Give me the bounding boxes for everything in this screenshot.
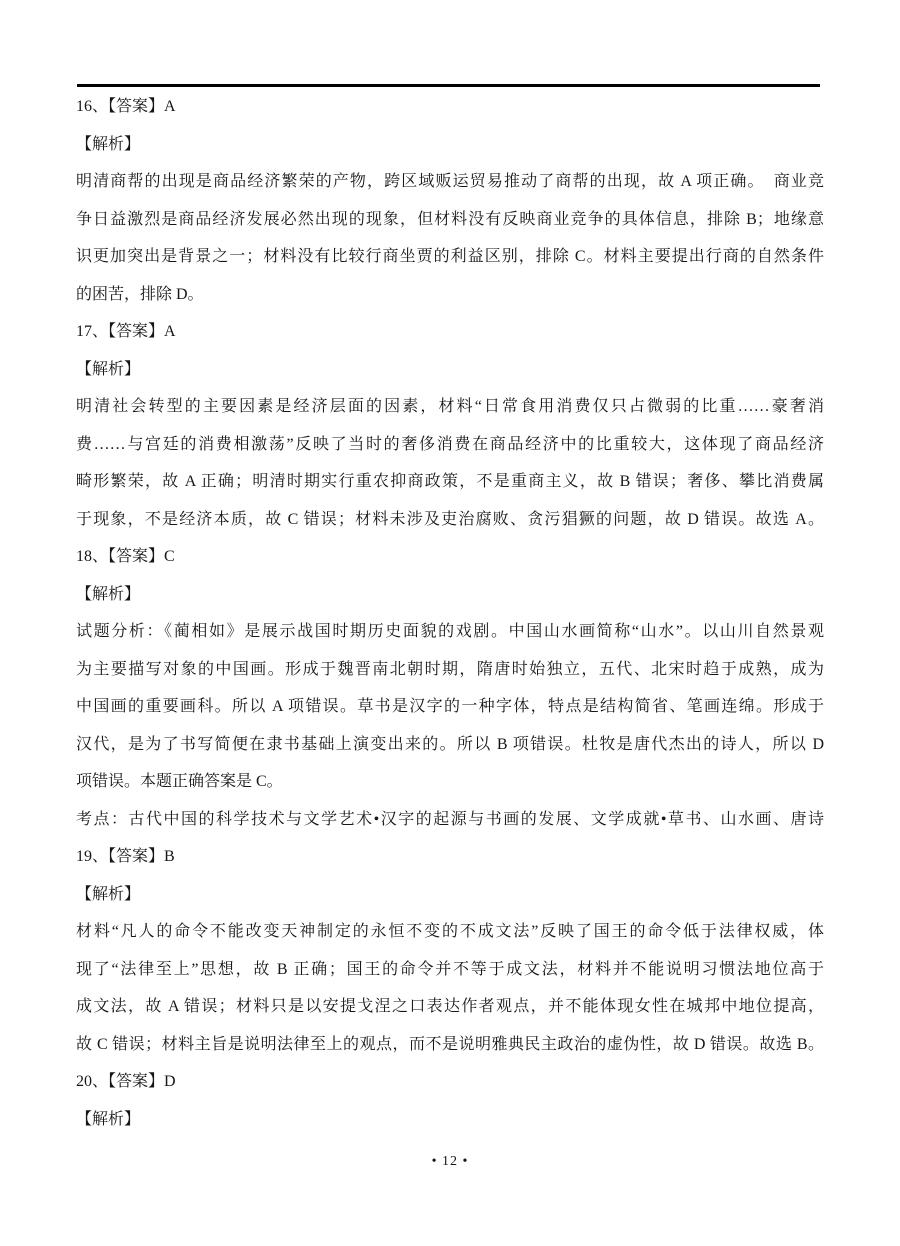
- analysis-line: 为主要描写对象的中国画。形成于魏晋南北朝时期，隋唐时始独立，五代、北宋时趋于成熟…: [76, 651, 824, 689]
- answer-heading: 19、【答案】B: [76, 838, 824, 876]
- answer-heading: 16、【答案】A: [76, 88, 824, 126]
- document-page: 16、【答案】A【解析】明清商帮的出现是商品经济繁荣的产物，跨区域贩运贸易推动了…: [0, 0, 900, 1246]
- analysis-line: 明清社会转型的主要因素是经济层面的因素，材料“日常食用消费仅只占微弱的比重……豪…: [76, 388, 824, 426]
- analysis-line: 汉代，是为了书写简便在隶书基础上演变出来的。所以 B 项错误。杜牧是唐代杰出的诗…: [76, 726, 824, 764]
- analysis-label: 【解析】: [76, 1101, 824, 1139]
- analysis-line: 费……与宫廷的消费相激荡”反映了当时的奢侈消费在商品经济中的比重较大，这体现了商…: [76, 426, 824, 464]
- analysis-line: 识更加突出是背景之一；材料没有比较行商坐贾的利益区别，排除 C。材料主要提出行商…: [76, 238, 824, 276]
- answer-key-content: 16、【答案】A【解析】明清商帮的出现是商品经济繁荣的产物，跨区域贩运贸易推动了…: [76, 88, 824, 1138]
- answer-heading: 17、【答案】A: [76, 313, 824, 351]
- page-header-rule: [77, 84, 820, 87]
- analysis-label: 【解析】: [76, 576, 824, 614]
- question-section-16: 16、【答案】A【解析】明清商帮的出现是商品经济繁荣的产物，跨区域贩运贸易推动了…: [76, 88, 824, 313]
- question-section-18: 18、【答案】C【解析】试题分析：《蔺相如》是展示战国时期历史面貌的戏剧。中国山…: [76, 538, 824, 838]
- answer-heading: 18、【答案】C: [76, 538, 824, 576]
- analysis-line: 材料“凡人的命令不能改变天神制定的永恒不变的不成文法”反映了国王的命令低于法律权…: [76, 913, 824, 951]
- analysis-label: 【解析】: [76, 876, 824, 914]
- analysis-line: 项错误。本题正确答案是 C。: [76, 763, 824, 801]
- question-section-19: 19、【答案】B【解析】材料“凡人的命令不能改变天神制定的永恒不变的不成文法”反…: [76, 838, 824, 1063]
- analysis-line: 明清商帮的出现是商品经济繁荣的产物，跨区域贩运贸易推动了商帮的出现，故 A 项正…: [76, 163, 824, 201]
- analysis-line: 现了“法律至上”思想，故 B 正确；国王的命令并不等于成文法，材料并不能说明习惯…: [76, 951, 824, 989]
- analysis-line: 中国画的重要画科。所以 A 项错误。草书是汉字的一种字体，特点是结构简省、笔画连…: [76, 688, 824, 726]
- answer-heading: 20、【答案】D: [76, 1063, 824, 1101]
- analysis-line: 争日益激烈是商品经济发展必然出现的现象，但材料没有反映商业竞争的具体信息，排除 …: [76, 201, 824, 239]
- question-section-17: 17、【答案】A【解析】明清社会转型的主要因素是经济层面的因素，材料“日常食用消…: [76, 313, 824, 538]
- analysis-line: 畸形繁荣，故 A 正确；明清时期实行重农抑商政策，不是重商主义，故 B 错误；奢…: [76, 463, 824, 501]
- analysis-line: 故 C 错误；材料主旨是说明法律至上的观点，而不是说明雅典民主政治的虚伪性，故 …: [76, 1026, 824, 1064]
- page-number: • 12 •: [432, 1154, 469, 1169]
- analysis-line: 的困苦，排除 D。: [76, 276, 824, 314]
- question-section-20: 20、【答案】D【解析】: [76, 1063, 824, 1138]
- page-footer: • 12 •: [0, 1154, 900, 1170]
- analysis-line: 于现象，不是经济本质，故 C 错误；材料未涉及吏治腐败、贪污猖獗的问题，故 D …: [76, 501, 824, 539]
- exam-point-line: 考点：古代中国的科学技术与文学艺术•汉字的起源与书画的发展、文学成就•草书、山水…: [76, 801, 824, 839]
- analysis-line: 试题分析：《蔺相如》是展示战国时期历史面貌的戏剧。中国山水画简称“山水”。以山川…: [76, 613, 824, 651]
- analysis-label: 【解析】: [76, 126, 824, 164]
- analysis-label: 【解析】: [76, 351, 824, 389]
- analysis-line: 成文法，故 A 错误；材料只是以安提戈涅之口表达作者观点，并不能体现女性在城邦中…: [76, 988, 824, 1026]
